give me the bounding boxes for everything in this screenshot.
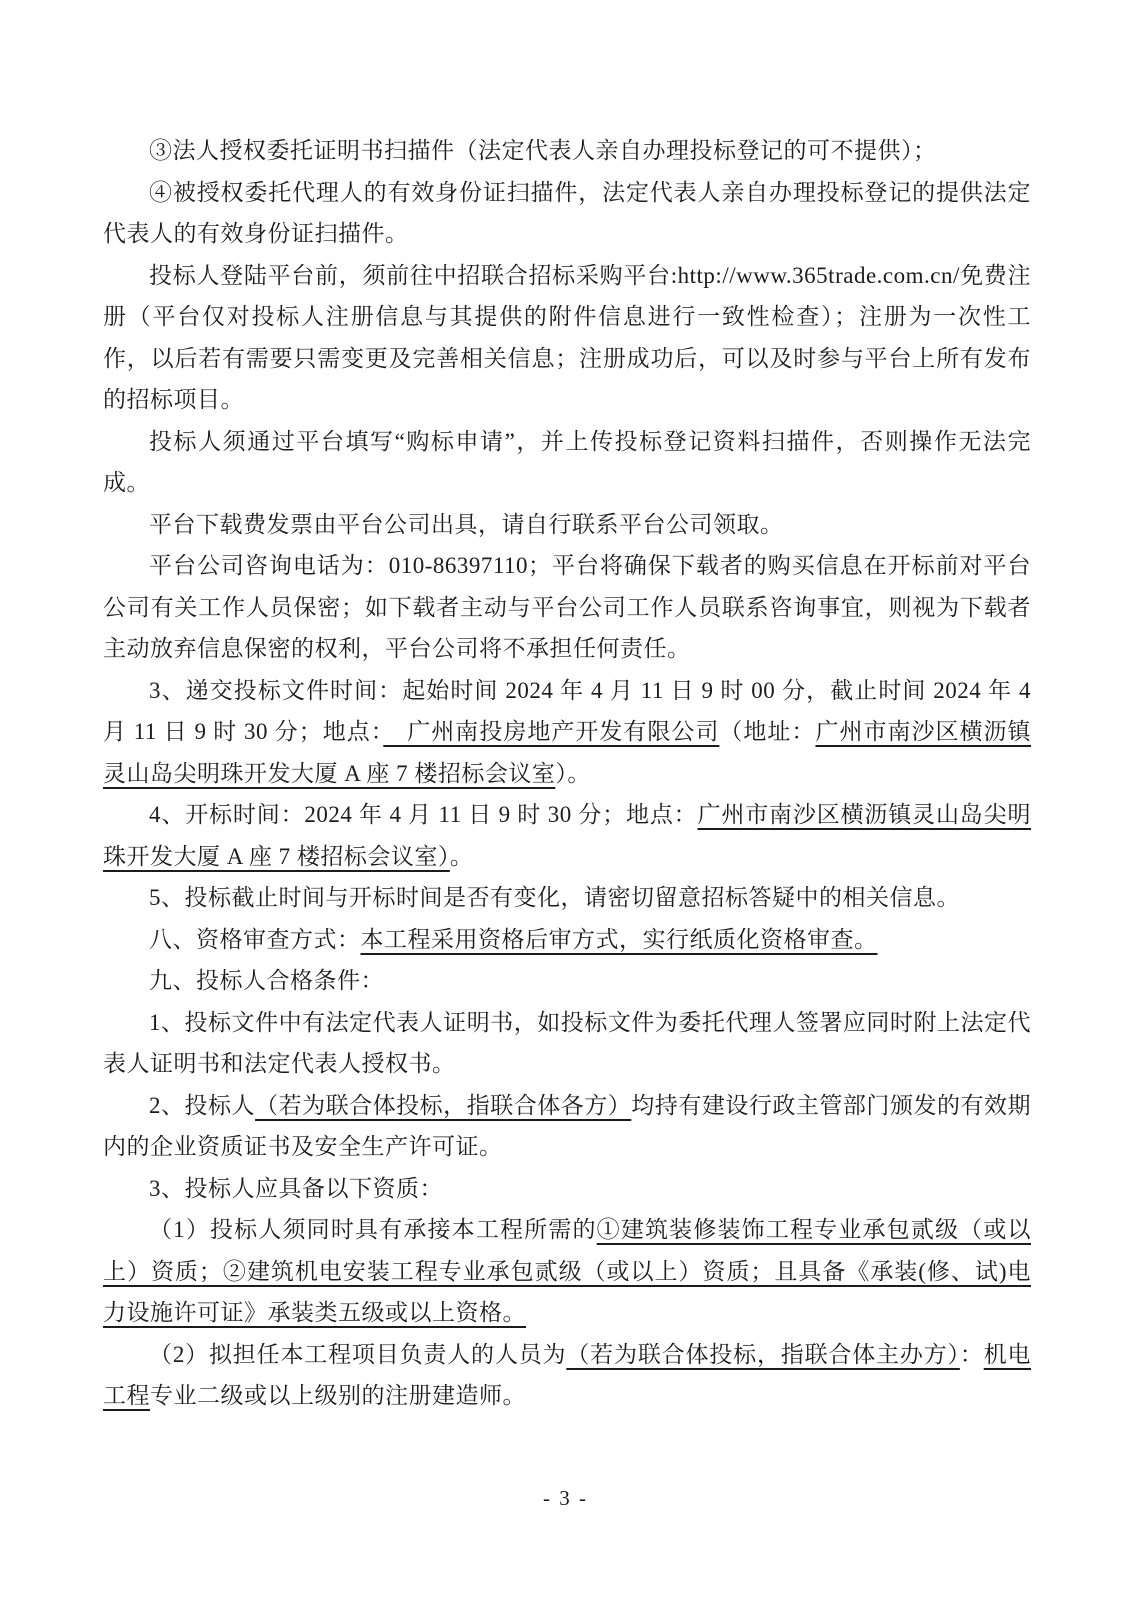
text-run: 平台下载费发票由平台公司出具，请自行联系平台公司领取。: [149, 512, 784, 537]
text-run: 九、投标人合格条件：: [149, 968, 384, 993]
text-run: 平台公司咨询电话为：010-86397110；平台将确保下载者的购买信息在开标前…: [103, 553, 1031, 661]
paragraph-platform-register: 投标人登陆平台前，须前往中招联合招标采购平台:http://www.365tra…: [103, 255, 1031, 421]
paragraph-condition-3: 3、投标人应具备以下资质：: [103, 1168, 1031, 1210]
paragraph-platform-phone: 平台公司咨询电话为：010-86397110；平台将确保下载者的购买信息在开标前…: [103, 545, 1031, 670]
underlined-text-run: （若为联合体投标，指联合体各方）: [255, 1093, 631, 1118]
paragraph-item3-circle3: ③法人授权委托证明书扫描件（法定代表人亲自办理投标登记的可不提供）；: [103, 130, 1031, 172]
text-run: 八、资格审查方式：: [149, 927, 361, 952]
text-run: ③法人授权委托证明书扫描件（法定代表人亲自办理投标登记的可不提供）；: [149, 138, 937, 163]
paragraph-time-change-notice: 5、投标截止时间与开标时间是否有变化，请密切留意招标答疑中的相关信息。: [103, 877, 1031, 919]
text-run: （1）投标人须同时具有承接本工程所需的: [149, 1217, 597, 1242]
underlined-text-run: 本工程采用资格后审方式，实行纸质化资格审查。: [361, 927, 878, 952]
paragraph-qualification-detail-1: （1）投标人须同时具有承接本工程所需的①建筑装修装饰工程专业承包贰级（或以上）资…: [103, 1209, 1031, 1334]
text-run: 专业二级或以上级别的注册建造师。: [150, 1383, 526, 1408]
paragraph-qualification-review: 八、资格审查方式：本工程采用资格后审方式，实行纸质化资格审查。: [103, 919, 1031, 961]
underlined-text-run: 广州南投房地产开发有限公司: [383, 719, 719, 744]
text-run: （2）拟担任本工程项目负责人的人员为: [149, 1342, 566, 1367]
text-run: 。: [450, 844, 474, 869]
paragraph-bidder-conditions-heading: 九、投标人合格条件：: [103, 960, 1031, 1002]
paragraph-item3-circle4: ④被授权委托代理人的有效身份证扫描件，法定代表人亲自办理投标登记的提供法定代表人…: [103, 172, 1031, 255]
paragraph-qualification-detail-2: （2）拟担任本工程项目负责人的人员为（若为联合体投标，指联合体主办方）：机电工程…: [103, 1334, 1031, 1417]
text-run: （地址：: [719, 719, 815, 744]
text-run: ：: [960, 1342, 984, 1367]
text-run: ④被授权委托代理人的有效身份证扫描件，法定代表人亲自办理投标登记的提供法定代表人…: [103, 180, 1031, 247]
page-number: - 3 -: [0, 1486, 1131, 1511]
paragraph-condition-1: 1、投标文件中有法定代表人证明书，如投标文件为委托代理人签署应同时附上法定代表人…: [103, 1002, 1031, 1085]
text-run: 1、投标文件中有法定代表人证明书，如投标文件为委托代理人签署应同时附上法定代表人…: [103, 1010, 1031, 1077]
underlined-text-run: （若为联合体投标，指联合体主办方）: [566, 1342, 960, 1367]
text-run: 投标人须通过平台填写“购标申请”，并上传投标登记资料扫描件，否则操作无法完成。: [103, 429, 1031, 496]
document-content: ③法人授权委托证明书扫描件（法定代表人亲自办理投标登记的可不提供）； ④被授权委…: [103, 130, 1031, 1417]
paragraph-invoice: 平台下载费发票由平台公司出具，请自行联系平台公司领取。: [103, 504, 1031, 546]
paragraph-condition-2: 2、投标人（若为联合体投标，指联合体各方）均持有建设行政主管部门颁发的有效期内的…: [103, 1085, 1031, 1168]
text-run: 4、开标时间：2024 年 4 月 11 日 9 时 30 分；地点：: [149, 802, 698, 827]
text-run: 3、投标人应具备以下资质：: [149, 1176, 443, 1201]
paragraph-submission-time: 3、递交投标文件时间：起始时间 2024 年 4 月 11 日 9 时 00 分…: [103, 670, 1031, 795]
paragraph-opening-time: 4、开标时间：2024 年 4 月 11 日 9 时 30 分；地点：广州市南沙…: [103, 794, 1031, 877]
text-run: 2、投标人: [149, 1093, 255, 1118]
text-run: 投标人登陆平台前，须前往中招联合招标采购平台:http://www.365tra…: [103, 263, 1031, 413]
text-run: ）。: [555, 761, 591, 786]
paragraph-purchase-application: 投标人须通过平台填写“购标申请”，并上传投标登记资料扫描件，否则操作无法完成。: [103, 421, 1031, 504]
text-run: 5、投标截止时间与开标时间是否有变化，请密切留意招标答疑中的相关信息。: [149, 885, 960, 910]
document-page: ③法人授权委托证明书扫描件（法定代表人亲自办理投标登记的可不提供）； ④被授权委…: [0, 0, 1131, 1600]
